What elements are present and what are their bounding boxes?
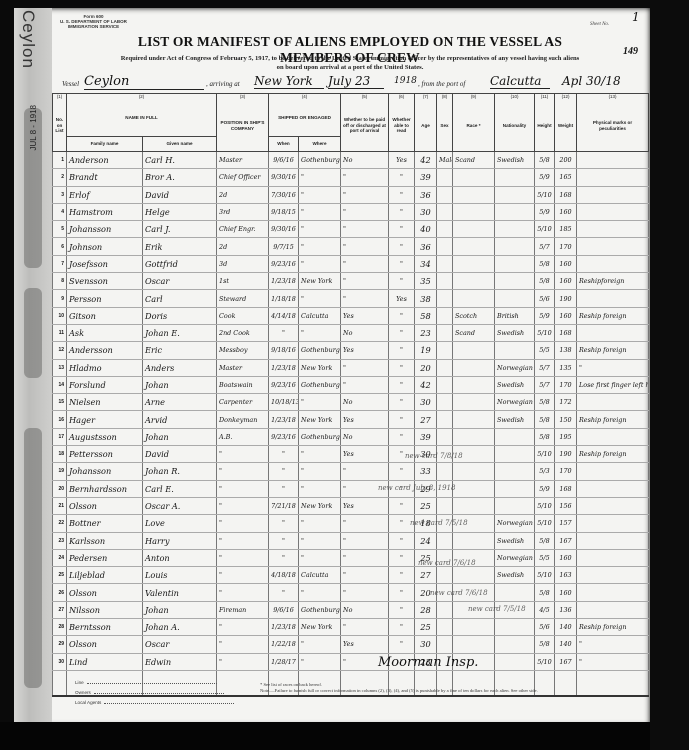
cell-physical-marks: [577, 221, 649, 238]
cell-height: 5/10: [535, 653, 555, 670]
annotation-row16: new card 7/8/18: [405, 452, 463, 460]
cell-race: [453, 186, 495, 203]
cell-physical-marks: [577, 394, 649, 411]
cell-age: 19: [415, 342, 437, 359]
cell-nationality: [495, 255, 535, 272]
cell-physical-marks: [577, 169, 649, 186]
cell-height: 5/8: [535, 411, 555, 428]
cell-height: 5/10: [535, 446, 555, 463]
cell-position: ": [217, 497, 269, 514]
cell-able-to-read: ": [389, 428, 415, 445]
cell-shipped-when: 9/18/16: [269, 342, 299, 359]
cell-list-number: 2: [53, 169, 67, 186]
cell-position: Master: [217, 359, 269, 376]
cell-age: 27: [415, 411, 437, 428]
agents-label: Local Agents: [75, 700, 101, 705]
cell-height: 5/9: [535, 203, 555, 220]
cell-family-name: Bottner: [67, 515, 143, 532]
table-row: 6JohnsonErik2d9/7/15"""365/7170: [53, 238, 649, 255]
cell-family-name: Persson: [67, 290, 143, 307]
cell-age: 38: [415, 290, 437, 307]
cell-list-number: 27: [53, 601, 67, 618]
cell-age: 23: [415, 324, 437, 341]
cell-paid-off: No: [341, 152, 389, 169]
cell-age: 40: [415, 221, 437, 238]
arrival-date: July 23: [328, 74, 384, 89]
cell-race: [453, 463, 495, 480]
cell-physical-marks: Reship foreign: [577, 307, 649, 324]
cell-physical-marks: [577, 584, 649, 601]
annotation-row23: new card 7/5/18: [410, 519, 468, 527]
cell-age: 25: [415, 619, 437, 636]
cell-position: Master: [217, 152, 269, 169]
cell-shipped-where: ": [299, 221, 341, 238]
cell-position: 2d: [217, 238, 269, 255]
cell-family-name: Anderson: [67, 152, 143, 169]
cell-position: ": [217, 584, 269, 601]
cell-shipped-where: New York: [299, 359, 341, 376]
cell-weight: 136: [555, 601, 577, 618]
cell-position: Chief Engr.: [217, 221, 269, 238]
table-row: 23KarlssonHarry"""""24Swedish5/8167: [53, 532, 649, 549]
cell-height: 5/8: [535, 273, 555, 290]
cell-height: 5/10: [535, 221, 555, 238]
cell-given-name: Johan: [143, 428, 217, 445]
cell-nationality: [495, 273, 535, 290]
col-position-header: POSITION IN SHIP'S COMPANY: [217, 100, 269, 152]
cell-shipped-where: Gothenburg: [299, 376, 341, 393]
cell-sex: [437, 463, 453, 480]
cell-shipped-where: ": [299, 549, 341, 566]
cell-weight: 200: [555, 152, 577, 169]
cell-sex: [437, 567, 453, 584]
annotation-row27: new card 7/6/18: [430, 589, 488, 597]
cell-height: 5/5: [535, 342, 555, 359]
cell-physical-marks: ": [577, 359, 649, 376]
cell-weight: 140: [555, 636, 577, 653]
cell-paid-off: ": [341, 584, 389, 601]
cell-given-name: Carl: [143, 290, 217, 307]
sheet-number-value: 1: [632, 10, 640, 24]
cell-able-to-read: ": [389, 376, 415, 393]
col-paid-off-header: Whether to be paid off or discharged at …: [341, 100, 389, 152]
col-sex-header: Sex: [437, 100, 453, 152]
cell-family-name: Olsson: [67, 497, 143, 514]
crew-rows: 1AndersonCarl H.Master9/6/16GothenburgNo…: [53, 152, 649, 696]
cell-list-number: 8: [53, 273, 67, 290]
cell-paid-off: ": [341, 203, 389, 220]
cell-sex: [437, 636, 453, 653]
cell-position: 2nd Cook: [217, 324, 269, 341]
cell-shipped-where: New York: [299, 411, 341, 428]
col-family-name-header: Family name: [67, 137, 143, 152]
cell-given-name: Johan R.: [143, 463, 217, 480]
cell-family-name: Josefsson: [67, 255, 143, 272]
cell-list-number: 11: [53, 324, 67, 341]
cell-weight: 167: [555, 653, 577, 670]
cell-able-to-read: ": [389, 497, 415, 514]
table-row: 15NielsenArneCarpenter10/18/13"No"30Norw…: [53, 394, 649, 411]
cell-height: 5/7: [535, 238, 555, 255]
footer-agent-lines: Line Owners Local Agents: [75, 678, 234, 708]
cell-list-number: 29: [53, 636, 67, 653]
cell-family-name: Gitson: [67, 307, 143, 324]
cell-shipped-when: 1/28/17: [269, 653, 299, 670]
cell-paid-off: No: [341, 324, 389, 341]
cell-nationality: [495, 342, 535, 359]
cell-given-name: Harry: [143, 532, 217, 549]
cell-age: 58: [415, 307, 437, 324]
cell-able-to-read: ": [389, 394, 415, 411]
cell-given-name: David: [143, 186, 217, 203]
cell-paid-off: ": [341, 169, 389, 186]
cell-sex: Male: [437, 152, 453, 169]
cell-position: Chief Officer: [217, 169, 269, 186]
cell-nationality: Swedish: [495, 567, 535, 584]
cell-race: [453, 221, 495, 238]
cell-family-name: Andersson: [67, 342, 143, 359]
cell-age: 30: [415, 394, 437, 411]
crew-manifest-table: (1) (2) (3) (4) (5) (6) (7) (8) (9) (10)…: [52, 93, 649, 697]
cell-shipped-where: Gothenburg: [299, 428, 341, 445]
cell-height: 5/10: [535, 515, 555, 532]
cell-physical-marks: [577, 497, 649, 514]
cell-height: 5/7: [535, 376, 555, 393]
owners-field: [94, 693, 224, 694]
arrival-year: 1918: [394, 76, 417, 86]
cell-given-name: Arne: [143, 394, 217, 411]
cell-shipped-when: 7/30/16: [269, 186, 299, 203]
cell-race: [453, 394, 495, 411]
footnote-penalty: Note.—Failure to furnish full or correct…: [260, 688, 538, 694]
table-row: 8SvenssonOscar1st1/23/18New York""355/81…: [53, 273, 649, 290]
cell-able-to-read: ": [389, 636, 415, 653]
cell-able-to-read: ": [389, 273, 415, 290]
cell-weight: 160: [555, 255, 577, 272]
cell-nationality: [495, 653, 535, 670]
cell-weight: 156: [555, 497, 577, 514]
cell-height: 5/6: [535, 290, 555, 307]
cell-shipped-where: ": [299, 480, 341, 497]
cell-weight: 170: [555, 376, 577, 393]
cell-family-name: Hager: [67, 411, 143, 428]
table-row: 20BernhardssonCarl E."""""295/9168: [53, 480, 649, 497]
cell-list-number: 6: [53, 238, 67, 255]
col-physical-marks-header: Physical marks or peculiarities: [577, 100, 649, 152]
cell-nationality: [495, 428, 535, 445]
cell-race: [453, 376, 495, 393]
cell-list-number: 12: [53, 342, 67, 359]
cell-able-to-read: ": [389, 169, 415, 186]
cell-age: 42: [415, 376, 437, 393]
table-row: 4HamstromHelge3rd9/18/15"""305/9160: [53, 203, 649, 220]
cell-height: 5/9: [535, 169, 555, 186]
cell-sex: [437, 324, 453, 341]
cell-age: 30: [415, 636, 437, 653]
cell-nationality: [495, 463, 535, 480]
cell-family-name: Berntsson: [67, 619, 143, 636]
cell-nationality: Norwegian: [495, 359, 535, 376]
table-row: 3ErlofDavid2d7/30/16"""365/10168: [53, 186, 649, 203]
cell-able-to-read: ": [389, 584, 415, 601]
cell-given-name: Louis: [143, 567, 217, 584]
cell-position: 3d: [217, 255, 269, 272]
cell-shipped-when: 1/23/18: [269, 273, 299, 290]
cell-shipped-where: ": [299, 463, 341, 480]
cell-shipped-where: New York: [299, 273, 341, 290]
cell-weight: 190: [555, 446, 577, 463]
cell-weight: 168: [555, 480, 577, 497]
cell-given-name: Love: [143, 515, 217, 532]
cell-position: ": [217, 463, 269, 480]
cell-able-to-read: ": [389, 221, 415, 238]
cell-family-name: Brandt: [67, 169, 143, 186]
table-row: 30LindEdwin"1/28/17"""235/10167": [53, 653, 649, 670]
table-row: 18PetterssonDavid"""Yes"305/10190Reship …: [53, 446, 649, 463]
cell-age: 39: [415, 169, 437, 186]
cell-shipped-when: ": [269, 532, 299, 549]
cell-paid-off: ": [341, 221, 389, 238]
col-height-header: Height: [535, 100, 555, 152]
vessel-name: Ceylon: [84, 74, 204, 90]
cell-family-name: Nielsen: [67, 394, 143, 411]
cell-physical-marks: Reshipforeign: [577, 273, 649, 290]
cell-height: 5/8: [535, 584, 555, 601]
table-row: 11AskJohan E.2nd Cook""No"23ScandSwedish…: [53, 324, 649, 341]
footnote: * See list of races on back hereof. Note…: [260, 682, 538, 694]
cell-physical-marks: [577, 567, 649, 584]
cell-family-name: Johnson: [67, 238, 143, 255]
cell-physical-marks: [577, 186, 649, 203]
col-race-header: Race *: [453, 100, 495, 152]
cell-age: 35: [415, 273, 437, 290]
cell-physical-marks: [577, 515, 649, 532]
subtitle-line-2: on board upon arrival at a port of the U…: [60, 64, 640, 73]
cell-nationality: Swedish: [495, 152, 535, 169]
cell-shipped-when: 9/30/16: [269, 221, 299, 238]
vessel-label: Vessel: [62, 80, 79, 88]
cell-paid-off: ": [341, 238, 389, 255]
cell-paid-off: ": [341, 290, 389, 307]
cell-nationality: [495, 584, 535, 601]
cell-paid-off: No: [341, 428, 389, 445]
cell-weight: 185: [555, 221, 577, 238]
cell-age: 36: [415, 186, 437, 203]
cell-shipped-where: ": [299, 255, 341, 272]
cell-race: [453, 480, 495, 497]
cell-shipped-when: ": [269, 480, 299, 497]
cell-age: 39: [415, 428, 437, 445]
cell-sex: [437, 255, 453, 272]
cell-shipped-when: 9/30/16: [269, 169, 299, 186]
cell-weight: 190: [555, 290, 577, 307]
cell-shipped-where: ": [299, 636, 341, 653]
cell-list-number: 5: [53, 221, 67, 238]
cell-shipped-when: ": [269, 446, 299, 463]
cell-paid-off: No: [341, 601, 389, 618]
cell-physical-marks: [577, 290, 649, 307]
cell-family-name: Ask: [67, 324, 143, 341]
cell-list-number: 25: [53, 567, 67, 584]
cell-shipped-when: 10/18/13: [269, 394, 299, 411]
cell-weight: 195: [555, 428, 577, 445]
cell-able-to-read: ": [389, 186, 415, 203]
cell-physical-marks: Reship foreign: [577, 446, 649, 463]
cell-weight: 160: [555, 549, 577, 566]
cell-weight: 168: [555, 186, 577, 203]
cell-shipped-where: Gothenburg: [299, 601, 341, 618]
cell-physical-marks: [577, 480, 649, 497]
cell-given-name: Valentin: [143, 584, 217, 601]
blank-cell: [53, 670, 67, 696]
cell-able-to-read: Yes: [389, 152, 415, 169]
cell-weight: 167: [555, 532, 577, 549]
cell-sex: [437, 238, 453, 255]
cell-family-name: Olsson: [67, 636, 143, 653]
cell-shipped-when: 1/23/18: [269, 619, 299, 636]
cell-able-to-read: ": [389, 203, 415, 220]
table-row: 9PerssonCarlSteward1/18/18""Yes385/6190: [53, 290, 649, 307]
cell-shipped-when: 1/22/18: [269, 636, 299, 653]
inspector-signature: Moorman Insp.: [378, 655, 478, 670]
cell-family-name: Pettersson: [67, 446, 143, 463]
cell-race: Scotch: [453, 307, 495, 324]
cell-shipped-where: ": [299, 653, 341, 670]
cell-nationality: Swedish: [495, 324, 535, 341]
cell-family-name: Bernhardsson: [67, 480, 143, 497]
cell-sex: [437, 428, 453, 445]
cell-paid-off: ": [341, 567, 389, 584]
cell-able-to-read: ": [389, 601, 415, 618]
cell-paid-off: Yes: [341, 411, 389, 428]
cell-paid-off: ": [341, 619, 389, 636]
cell-height: 5/8: [535, 532, 555, 549]
cell-height: 5/10: [535, 497, 555, 514]
scan-bottom-edge: [0, 722, 689, 750]
cell-shipped-where: New York: [299, 497, 341, 514]
cell-list-number: 17: [53, 428, 67, 445]
cell-height: 5/8: [535, 255, 555, 272]
cell-weight: 160: [555, 273, 577, 290]
cell-physical-marks: ": [577, 653, 649, 670]
cell-weight: 150: [555, 411, 577, 428]
cell-list-number: 3: [53, 186, 67, 203]
cell-shipped-when: 4/14/18: [269, 307, 299, 324]
cell-given-name: Erik: [143, 238, 217, 255]
cell-nationality: Swedish: [495, 532, 535, 549]
cell-sex: [437, 221, 453, 238]
cell-race: [453, 238, 495, 255]
cell-given-name: Oscar: [143, 636, 217, 653]
cell-sex: [437, 290, 453, 307]
col-age-header: Age: [415, 100, 437, 152]
table-row: 13HladmoAndersMaster1/23/18New York""20N…: [53, 359, 649, 376]
blank-cell: [555, 670, 577, 696]
cell-given-name: Carl E.: [143, 480, 217, 497]
cell-race: [453, 428, 495, 445]
cell-physical-marks: [577, 428, 649, 445]
cell-height: 5/6: [535, 619, 555, 636]
cell-position: ": [217, 532, 269, 549]
cell-shipped-when: 7/21/18: [269, 497, 299, 514]
cell-position: Steward: [217, 290, 269, 307]
cell-physical-marks: [577, 255, 649, 272]
cell-shipped-when: 1/23/18: [269, 359, 299, 376]
cell-paid-off: No: [341, 394, 389, 411]
cell-list-number: 13: [53, 359, 67, 376]
cell-position: 3rd: [217, 203, 269, 220]
cell-shipped-where: ": [299, 238, 341, 255]
cell-weight: 168: [555, 324, 577, 341]
cell-age: 24: [415, 532, 437, 549]
cell-shipped-where: ": [299, 515, 341, 532]
col-weight-header: Weight: [555, 100, 577, 152]
cell-height: 5/10: [535, 567, 555, 584]
cell-family-name: Forslund: [67, 376, 143, 393]
col-name-header: NAME IN FULL: [67, 100, 217, 137]
cell-list-number: 20: [53, 480, 67, 497]
cell-position: Carpenter: [217, 394, 269, 411]
cell-weight: 165: [555, 169, 577, 186]
cell-able-to-read: ": [389, 359, 415, 376]
cell-paid-off: Yes: [341, 636, 389, 653]
cell-physical-marks: [577, 238, 649, 255]
cell-list-number: 26: [53, 584, 67, 601]
table-row: 1AndersonCarl H.Master9/6/16GothenburgNo…: [53, 152, 649, 169]
cell-list-number: 18: [53, 446, 67, 463]
cell-sex: [437, 342, 453, 359]
table-row: 28BerntssonJohan A."1/23/18New York""255…: [53, 619, 649, 636]
cell-given-name: Helge: [143, 203, 217, 220]
cell-height: 5/8: [535, 152, 555, 169]
cell-given-name: Anton: [143, 549, 217, 566]
cell-weight: 160: [555, 203, 577, 220]
cell-sex: [437, 394, 453, 411]
cell-position: ": [217, 653, 269, 670]
cell-race: [453, 290, 495, 307]
cell-family-name: Johansson: [67, 221, 143, 238]
cell-height: 4/5: [535, 601, 555, 618]
cell-race: Scand: [453, 152, 495, 169]
table-row: 27NilssonJohanFireman9/6/16GothenburgNo"…: [53, 601, 649, 618]
cell-family-name: Svensson: [67, 273, 143, 290]
cell-position: Messboy: [217, 342, 269, 359]
cell-height: 5/10: [535, 324, 555, 341]
table-row: 24PedersenAnton"""""25Norwegian5/5160: [53, 549, 649, 566]
table-row: 22BottnerLove"""""18Norwegian5/10157: [53, 515, 649, 532]
cell-shipped-when: ": [269, 463, 299, 480]
from-port-label: , from the port of: [418, 80, 465, 88]
arrival-port: New York: [254, 74, 324, 89]
cell-physical-marks: Lose first finger left hand: [577, 376, 649, 393]
cell-position: ": [217, 515, 269, 532]
cell-family-name: Johansson: [67, 463, 143, 480]
arriving-label: , arriving at: [206, 80, 240, 88]
subtitle-line-1: Required under Act of Congress of Februa…: [60, 55, 640, 64]
sheet-number-label: Sheet No.: [590, 22, 609, 27]
table-row: 7JosefssonGottfrid3d9/23/16"""345/8160: [53, 255, 649, 272]
cell-shipped-when: 1/18/18: [269, 290, 299, 307]
cell-race: [453, 342, 495, 359]
cell-given-name: Eric: [143, 342, 217, 359]
table-row: 19JohanssonJohan R."""""335/3170: [53, 463, 649, 480]
cell-shipped-where: ": [299, 584, 341, 601]
cell-age: 25: [415, 497, 437, 514]
cell-shipped-where: Gothenburg: [299, 152, 341, 169]
cell-age: 28: [415, 601, 437, 618]
cell-list-number: 19: [53, 463, 67, 480]
cell-able-to-read: ": [389, 255, 415, 272]
